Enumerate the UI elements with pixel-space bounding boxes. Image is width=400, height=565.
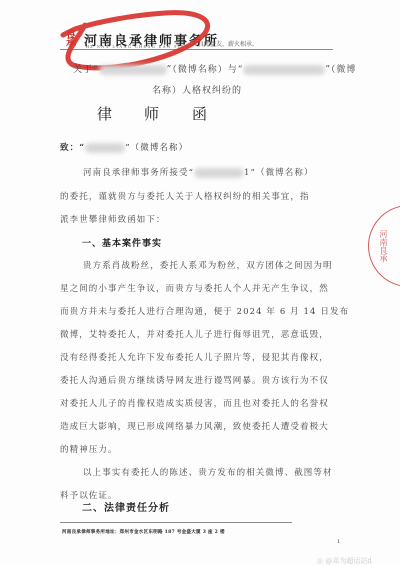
letter-page: 良承 河南良承律师事务所 HE NAN LIANG CHENG LAW FIRM… [0, 0, 400, 565]
intro-line-2: 的委托，谨就贵方与委托人关于人格权纠纷的相关事宜，指 [60, 190, 310, 202]
weibo-logo-icon: ◎ [317, 557, 323, 565]
section-1-line: 对委托人儿子的肖像权造成实质侵害，而且也对委托人的名誉权 [60, 397, 329, 409]
subject-line-2: 名称）人格权纠纷的 [152, 83, 242, 96]
subject-line-1: 关于“”（微博名称）与“”（微博 [73, 62, 356, 75]
section-2-heading: 二、法律责任分析 [82, 499, 170, 514]
page-number: 1 [337, 539, 340, 545]
header-divider [60, 49, 333, 50]
redacted-name [243, 65, 325, 75]
section-1-line: 而贵方并未与委托人进行合理沟通，便于 2024 年 6 月 14 日发布 [60, 305, 349, 317]
section-1-line: 造成巨大影响，现已形成网络暴力风潮，致使委托人遭受着极大 [60, 420, 329, 432]
section-1-heading: 一、基本案件事实 [82, 236, 162, 249]
redacted-name [194, 168, 244, 178]
addressee-line: 致：“”（微博名称） [60, 141, 188, 153]
section-1-line: 星之间的小事产生争议，而贵方与委托人个人并无产生争议，然 [60, 282, 329, 294]
section-1-line: 的精神压力。 [60, 443, 118, 455]
section-1-line: 微博，艾特委托人，并对委托人儿子进行侮辱诅咒，恶意诋毁， [60, 328, 329, 340]
firm-motto: 良师益友，薪火相承。 [198, 39, 258, 48]
footer-divider [60, 522, 292, 523]
section-1-line: 没有经得委托人允许下发布委托人儿子照片等，侵犯其肖像权， [60, 351, 329, 363]
seal-text: 河南良承 [378, 230, 388, 262]
letterhead: 良承 河南良承律师事务所 HE NAN LIANG CHENG LAW FIRM… [62, 30, 362, 50]
evidence-line: 以上事实有委托人的陈述、贵方发布的相关微博、截图等材 [83, 466, 333, 478]
intro-line-3: 派李世攀律师致函如下： [60, 213, 166, 225]
redacted-name [85, 143, 125, 153]
redacted-name [99, 65, 167, 75]
section-1-line: 贵方系肖战粉丝，委托人系邓为粉丝，双方团体之间因为明 [83, 259, 333, 271]
weibo-watermark: ◎ @邓为超话站d [317, 556, 372, 565]
section-1-line: 委托人沟通后贵方继续诱导网友进行谩骂网暴。贵方该行为不仅 [60, 374, 329, 386]
intro-line-1: 河南良承律师事务所接受“1”（微博名称） [83, 166, 314, 178]
firm-logo-icon: 良承 [66, 32, 78, 48]
firm-address: 河南良承律师事务所地址：郑州市金水区东明路 187 号金盛大厦 3 座 2 楼 [62, 529, 225, 535]
